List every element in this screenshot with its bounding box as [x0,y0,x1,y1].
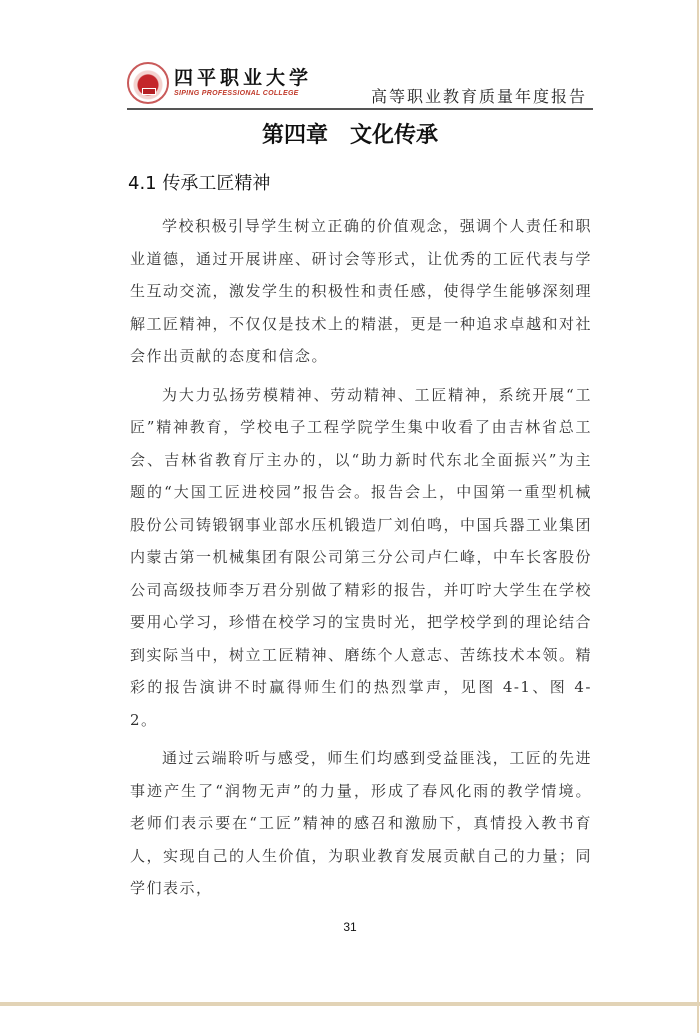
page-bottom-border [0,1002,700,1006]
logo-text: 四平职业大学 SIPING PROFESSIONAL COLLEGE [174,67,312,99]
school-emblem-icon [127,62,169,104]
section-title: 4.1 传承工匠精神 [128,169,270,195]
report-title: 高等职业教育质量年度报告 [371,84,587,107]
body-text: 学校积极引导学生树立正确的价值观念，强调个人责任和职业道德，通过开展讲座、研讨会… [130,210,592,911]
chapter-title: 第四章 文化传承 [0,118,700,149]
school-logo: 四平职业大学 SIPING PROFESSIONAL COLLEGE [127,62,312,104]
paragraph: 为大力弘扬劳模精神、劳动精神、工匠精神，系统开展“工匠”精神教育，学校电子工程学… [130,379,592,737]
paragraph: 学校积极引导学生树立正确的价值观念，强调个人责任和职业道德，通过开展讲座、研讨会… [130,210,592,373]
school-name-cn: 四平职业大学 [174,67,312,89]
school-name-en: SIPING PROFESSIONAL COLLEGE [174,89,312,99]
paragraph: 通过云端聆听与感受，师生们均感到受益匪浅，工匠的先进事迹产生了“润物无声”的力量… [130,742,592,905]
page-header: 四平职业大学 SIPING PROFESSIONAL COLLEGE 高等职业教… [127,62,593,110]
header-divider [127,108,593,110]
page-right-border [697,0,699,1033]
page-number: 31 [0,920,700,934]
